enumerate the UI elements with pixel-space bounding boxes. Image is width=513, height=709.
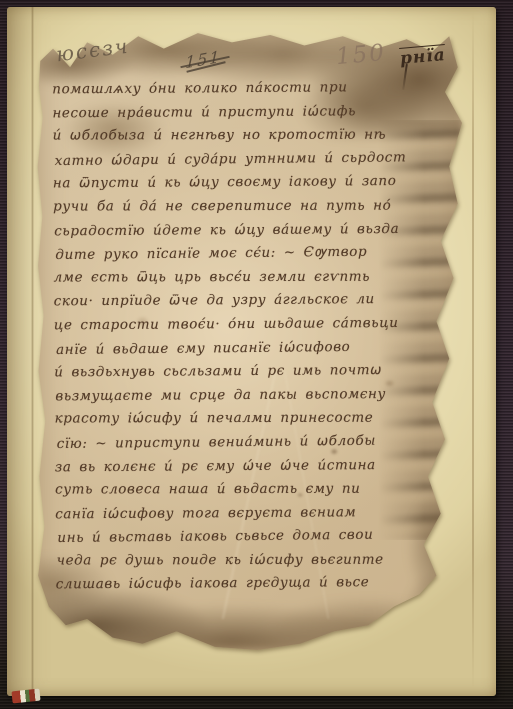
- text-line: слишавь іѡ́сифь іакова грєдуща и́ вьсе: [56, 574, 446, 600]
- manuscript-leaf-wrap: помашлѧху о́ни колико па́кости при несош…: [36, 30, 462, 650]
- text-line: инь и́ вьставь іаковь сьвьсе дома свои: [57, 526, 445, 554]
- binding-thread-fragment: [11, 689, 40, 704]
- text-line: на ѿпусти и́ кь ѡ́цу своєму іакову и́ за…: [53, 173, 443, 199]
- text-line: вьзмущаєте ми срце да пакы вьспомєну: [55, 385, 444, 411]
- pencil-page-number: 150: [335, 40, 387, 70]
- page-edge-line: [472, 11, 474, 690]
- text-line: анїе и́ вьдаше єму писанїє іѡ́сифово: [56, 337, 444, 365]
- text-line: и́ вьздьхнувь сьсльзами и́ рє имь почтѡ: [54, 362, 444, 388]
- text-line: суть словеса наша и́ вьдасть єму пи: [55, 481, 445, 506]
- manuscript-text: помашлѧху о́ни колико па́кости при несош…: [52, 79, 446, 601]
- text-line: ручи ба и́ да́ не сверепитисе на путь но…: [53, 197, 443, 222]
- text-line: скои· ипрїиде ѿче да узру а́ггльскоє ли: [54, 291, 444, 317]
- text-line: лме єсть ѿць црь вьсє́и земли єгѵпть: [54, 268, 444, 293]
- text-line: несоше нра́висти и́ приступи іѡ́сифь: [52, 102, 442, 128]
- text-line: сьрадостїю и́дете кь ѡ́цу ва́шему и́ вьз…: [54, 220, 443, 246]
- manuscript-leaf: помашлѧху о́ни колико па́кости при несош…: [36, 30, 462, 650]
- text-line: хатно ѡ́дари и́ суда́ри утнними и́ сьрдо…: [55, 149, 443, 177]
- text-line: и́ ѡблобыза и́ нєгнѣву но кротостїю нѣ: [53, 127, 443, 152]
- text-line: це старости твоє́и· о́ни шьдаше са́твьци: [54, 315, 444, 341]
- manuscript-photo: помашлѧху о́ни колико па́кости при несош…: [0, 0, 513, 709]
- text-line: помашлѧху о́ни колико па́кости при: [52, 79, 442, 105]
- text-line: чеда рє душь поиде кь іѡ́сифу вьєгипте: [57, 551, 446, 576]
- text-line: сїю: ~ иприступи вениа́минь и́ ѡблобы: [57, 432, 445, 460]
- text-line: красоту іѡ́сифу и́ печалми принесосте: [55, 410, 445, 435]
- text-line: за вь колєнє и́ рє єму ѡ́че ѡ́че и́стина: [55, 456, 445, 482]
- text-line: дите руко пїсанїе моє сє́и: ~ Єѹтвор: [55, 243, 443, 271]
- gutter-crease: [31, 7, 34, 696]
